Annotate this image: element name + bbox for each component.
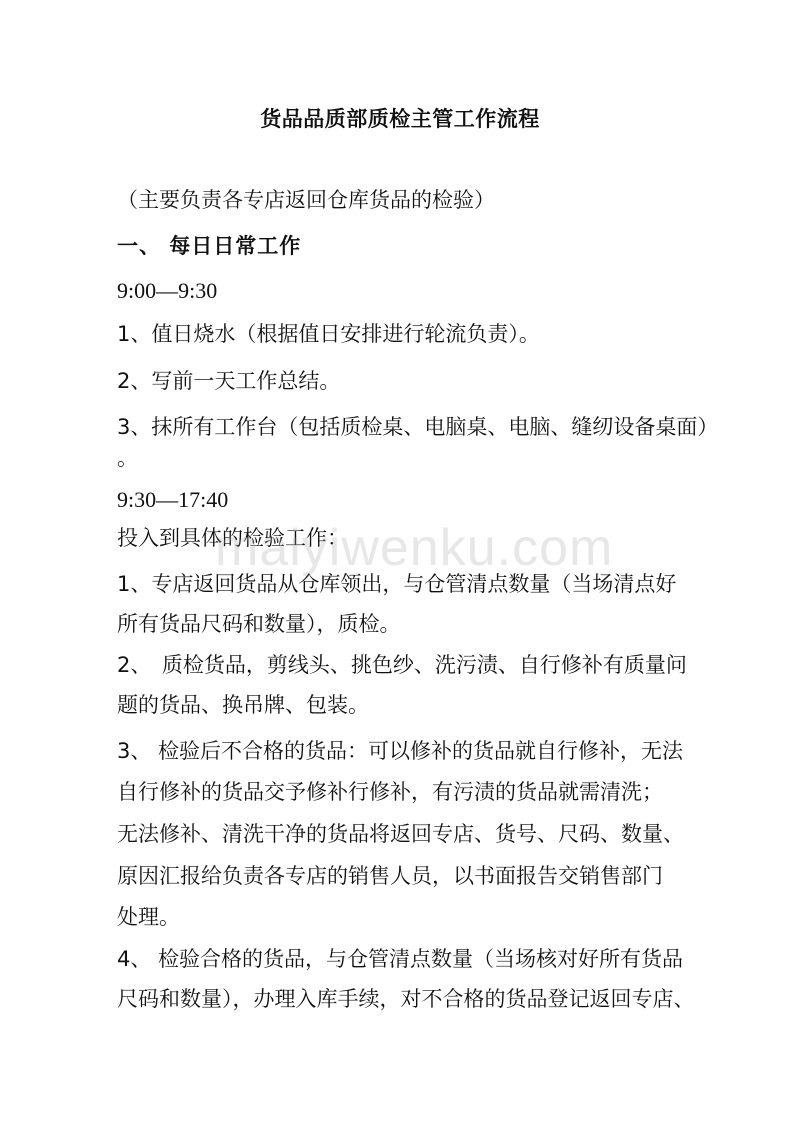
subtitle: （主要负责各专店返回仓库货品的检验） <box>117 186 495 214</box>
morning-item-continuation: 。 <box>117 444 138 472</box>
work-line: 自行修补的货品交予修补行修补，有污渍的货品就需清洗； <box>117 778 663 806</box>
work-line: 题的货品、换吊牌、包装。 <box>117 691 369 719</box>
work-line: 无法修补、清洗干净的货品将返回专店、货号、尺码、数量、 <box>117 820 684 848</box>
work-line: 尺码和数量），办理入库手续，对不合格的货品登记返回专店、 <box>117 985 695 1013</box>
section-heading-daily-work: 一、 每日日常工作 <box>117 232 301 260</box>
time-range-morning: 9:00—9:30 <box>117 277 217 305</box>
work-line: 3、 检验后不合格的货品：可以修补的货品就自行修补，无法 <box>117 737 683 765</box>
work-line: 所有货品尺码和数量），质检。 <box>117 610 401 638</box>
work-line: 处理。 <box>117 903 180 931</box>
document-page: 货品品质部质检主管工作流程 （主要负责各专店返回仓库货品的检验） 一、 每日日常… <box>0 0 800 1132</box>
work-line: 2、 质检货品，剪线头、挑色纱、洗污渍、自行修补有质量问 <box>117 651 687 679</box>
morning-item: 3、抹所有工作台（包括质检桌、电脑桌、电脑、缝纫设备桌面） <box>117 413 718 441</box>
work-intro: 投入到具体的检验工作： <box>117 524 348 552</box>
work-line: 原因汇报给负责各专店的销售人员，以书面报告交销售部门 <box>117 862 663 890</box>
work-line: 1、专店返回货品从仓库领出，与仓管清点数量（当场清点好 <box>117 570 676 598</box>
time-range-workday: 9:30—17:40 <box>117 486 228 514</box>
document-title: 货品品质部质检主管工作流程 <box>0 103 800 133</box>
morning-item: 1、值日烧水（根据值日安排进行轮流负责）。 <box>117 320 540 348</box>
work-line: 4、 检验合格的货品，与仓管清点数量（当场核对好所有货品 <box>117 945 683 973</box>
morning-item: 2、写前一天工作总结。 <box>117 367 340 395</box>
